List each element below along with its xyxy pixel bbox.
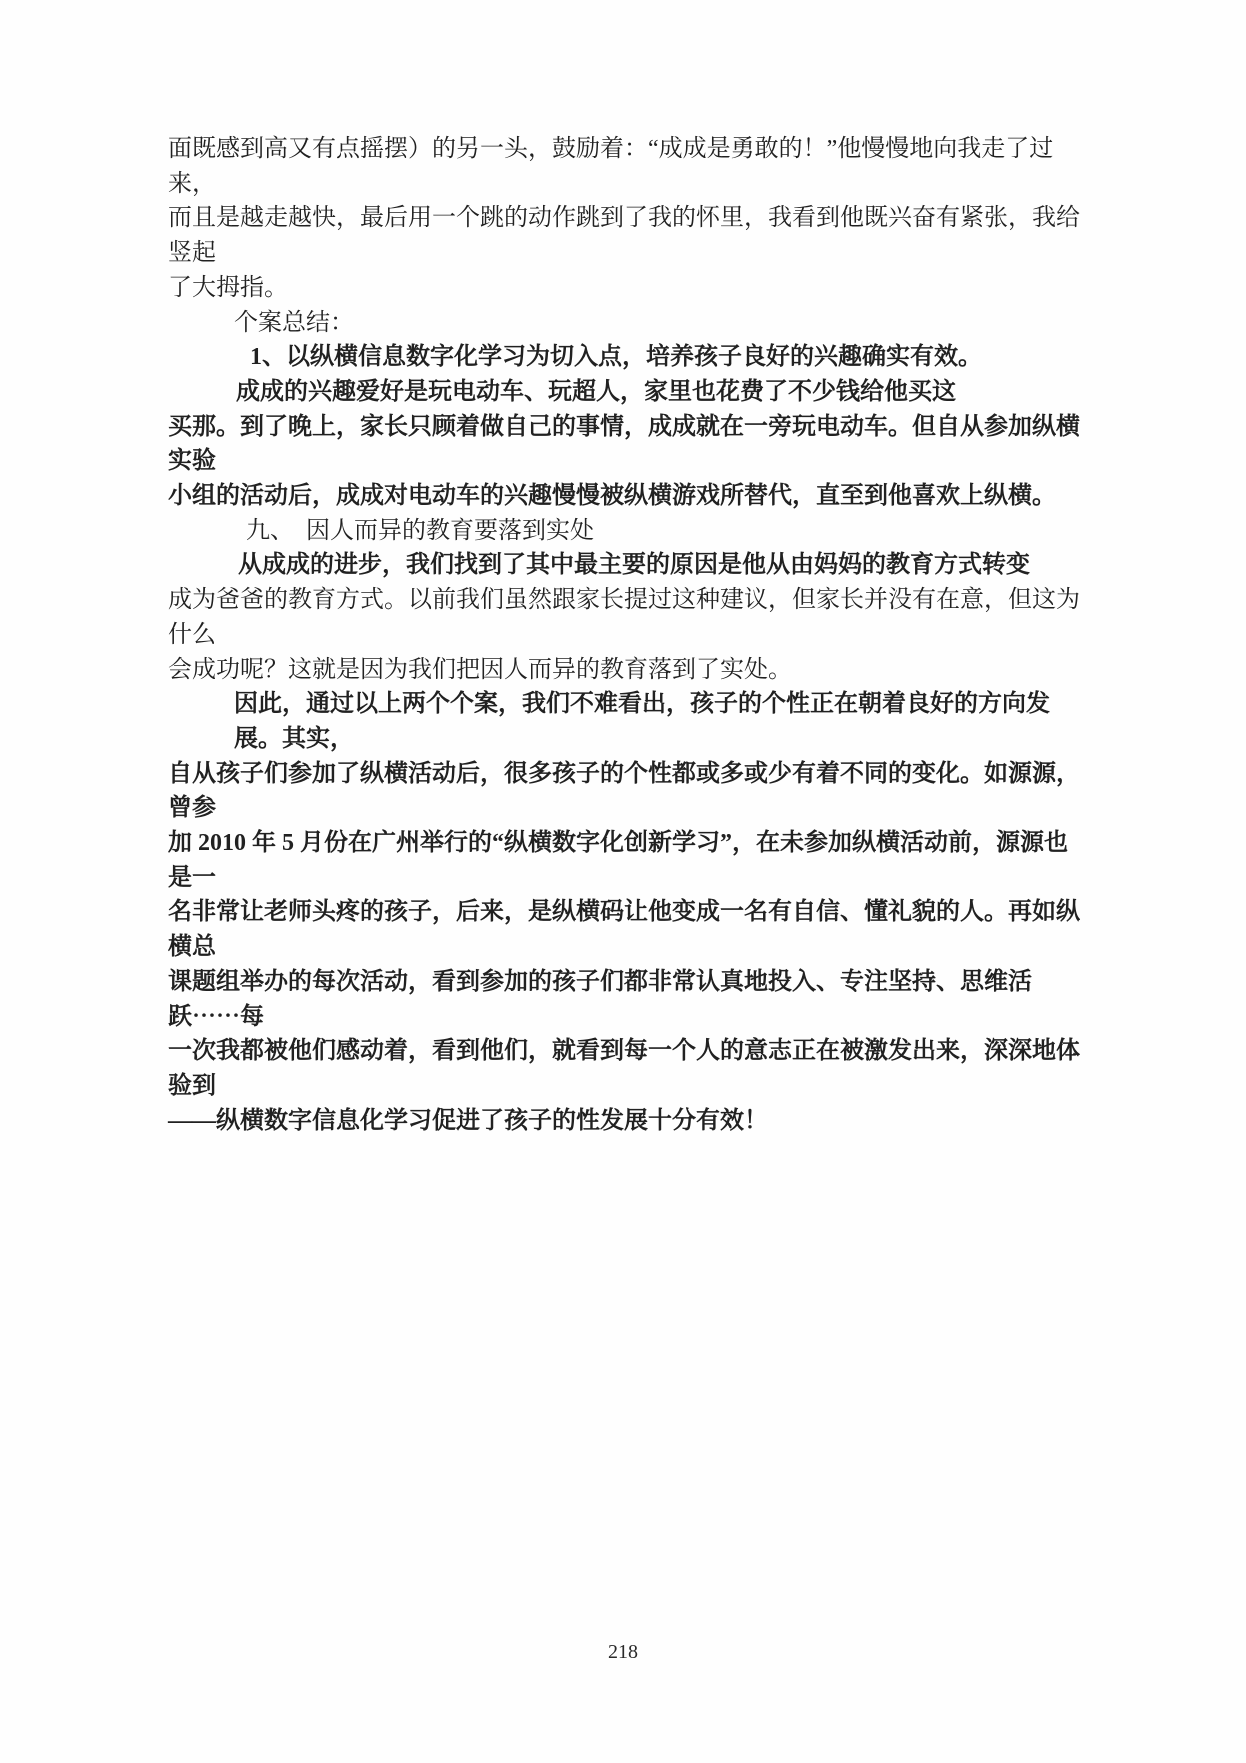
text-line: 九、 因人而异的教育要落到实处 <box>168 514 1080 549</box>
text-line: 而且是越走越快，最后用一个跳的动作跳到了我的怀里，我看到他既兴奋有紧张，我给竖起 <box>168 201 1080 270</box>
text-line: 面既感到高又有点摇摆）的另一头，鼓励着：“成成是勇敢的！”他慢慢地向我走了过来， <box>168 132 1080 201</box>
text-line: 课题组举办的每次活动，看到参加的孩子们都非常认真地投入、专注坚持、思维活跃⋯⋯每 <box>168 965 1080 1034</box>
text-line: 从成成的进步，我们找到了其中最主要的原因是他从由妈妈的教育方式转变 <box>168 548 1080 583</box>
text-line: 成成的兴趣爱好是玩电动车、玩超人，家里也花费了不少钱给他买这 <box>168 375 1080 410</box>
text-line: 会成功呢？这就是因为我们把因人而异的教育落到了实处。 <box>168 653 1080 688</box>
document-body: 面既感到高又有点摇摆）的另一头，鼓励着：“成成是勇敢的！”他慢慢地向我走了过来，… <box>168 132 1080 1138</box>
text-line: 成为爸爸的教育方式。以前我们虽然跟家长提过这种建议，但家长并没有在意，但这为什么 <box>168 583 1080 652</box>
page-number: 218 <box>0 1641 1246 1664</box>
text-line: 1、以纵横信息数字化学习为切入点，培养孩子良好的兴趣确实有效。 <box>168 340 1080 375</box>
text-line: 因此，通过以上两个个案，我们不难看出，孩子的个性正在朝着良好的方向发展。其实， <box>168 687 1080 756</box>
text-line: 加 2010 年 5 月份在广州举行的“纵横数字化创新学习”，在未参加纵横活动前… <box>168 826 1080 895</box>
text-line: 自从孩子们参加了纵横活动后，很多孩子的个性都或多或少有着不同的变化。如源源，曾参 <box>168 757 1080 826</box>
text-line: 个案总结： <box>168 306 1080 341</box>
text-line: 小组的活动后，成成对电动车的兴趣慢慢被纵横游戏所替代，直至到他喜欢上纵横。 <box>168 479 1080 514</box>
text-line: 买那。到了晚上，家长只顾着做自己的事情，成成就在一旁玩电动车。但自从参加纵横实验 <box>168 410 1080 479</box>
text-line: ——纵横数字信息化学习促进了孩子的性发展十分有效！ <box>168 1104 1080 1139</box>
text-line: 一次我都被他们感动着，看到他们，就看到每一个人的意志正在被激发出来，深深地体验到 <box>168 1034 1080 1103</box>
document-page: 面既感到高又有点摇摆）的另一头，鼓励着：“成成是勇敢的！”他慢慢地向我走了过来，… <box>0 0 1246 1763</box>
text-line: 名非常让老师头疼的孩子，后来，是纵横码让他变成一名有自信、懂礼貌的人。再如纵横总 <box>168 895 1080 964</box>
text-line: 了大拇指。 <box>168 271 1080 306</box>
